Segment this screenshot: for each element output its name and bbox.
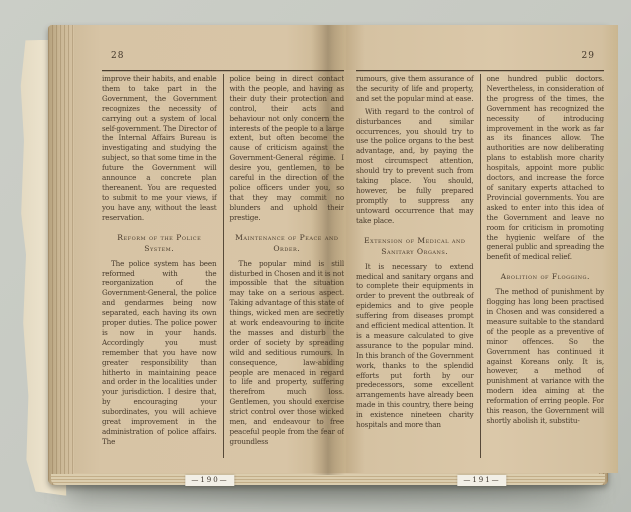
section-heading-abolition-of-flogging: Abolition of Flogging. bbox=[491, 271, 601, 282]
paragraph: improve their habits, and enable them to… bbox=[102, 74, 217, 223]
section-heading-maintenance-of-peace: Maintenance of Peace and Order. bbox=[234, 232, 341, 254]
paragraph: police being in direct contact with the … bbox=[230, 74, 345, 223]
paragraph: The method of punishment by flogging has… bbox=[487, 287, 605, 426]
paragraph: The popular mind is still disturbed in C… bbox=[230, 259, 345, 447]
paragraph: It is necessary to extend medical and sa… bbox=[356, 262, 474, 430]
paragraph: The police system has been reformed with… bbox=[102, 259, 217, 447]
paragraph: With regard to the control of disturbanc… bbox=[356, 107, 474, 226]
open-book: 28 improve their habits, and enable them… bbox=[48, 25, 608, 485]
book-photo-scene: 28 improve their habits, and enable them… bbox=[0, 0, 631, 512]
left-page-column-1: improve their habits, and enable them to… bbox=[102, 74, 223, 458]
right-page-folio: —191— bbox=[457, 475, 506, 486]
right-page-column-1: rumours, give them assurance of the secu… bbox=[356, 74, 480, 458]
paragraph: one hundred public doctors. Nevertheless… bbox=[487, 74, 605, 262]
section-heading-reform-of-police: Reform of the Police System. bbox=[106, 232, 213, 254]
left-page-folio: —190— bbox=[185, 475, 234, 486]
section-heading-extension-of-medical: Extension of Medical and Sanitary Organs… bbox=[360, 235, 470, 257]
left-page-columns: improve their habits, and enable them to… bbox=[102, 74, 344, 458]
right-header-rule bbox=[356, 70, 604, 71]
right-page: 29 rumours, give them assurance of the s… bbox=[346, 25, 618, 473]
right-page-column-2: one hundred public doctors. Nevertheless… bbox=[480, 74, 605, 458]
page-stack-edge-left bbox=[48, 25, 74, 485]
left-page-number: 28 bbox=[102, 51, 344, 64]
left-header-rule bbox=[102, 70, 344, 71]
right-page-columns: rumours, give them assurance of the secu… bbox=[356, 74, 604, 458]
right-page-number: 29 bbox=[356, 51, 604, 64]
left-page-column-2: police being in direct contact with the … bbox=[223, 74, 345, 458]
left-page: 28 improve their habits, and enable them… bbox=[74, 25, 346, 473]
page-stack-edge-bottom bbox=[51, 474, 605, 485]
paragraph: rumours, give them assurance of the secu… bbox=[356, 74, 474, 104]
